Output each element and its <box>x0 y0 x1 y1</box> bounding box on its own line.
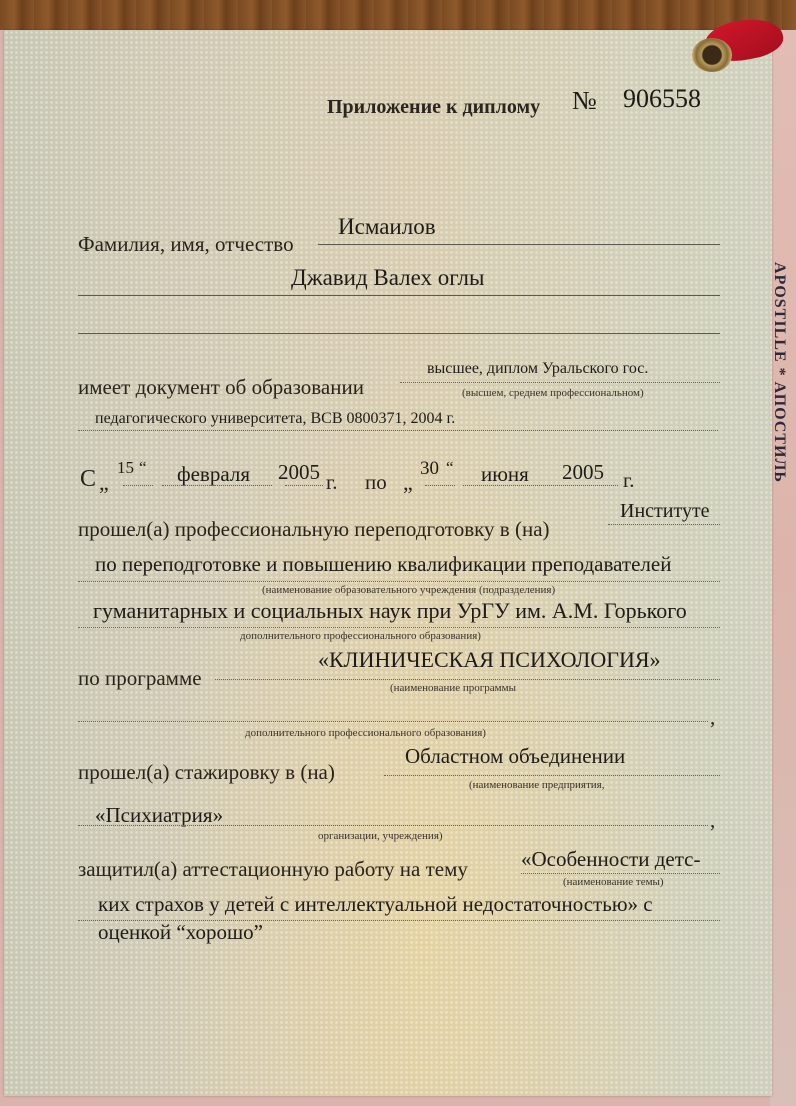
program-dots-2 <box>78 721 708 722</box>
program-hint: (наименование программы <box>390 682 516 694</box>
education-label: имеет документ об образовании <box>78 375 364 400</box>
retraining-line1: Институте <box>620 500 710 523</box>
diploma-number: 906558 <box>623 84 701 114</box>
from-day-dots <box>123 485 153 486</box>
program-hint-2: дополнительного профессионального образо… <box>245 727 486 739</box>
from-month-dots <box>162 485 272 486</box>
from-year-dots <box>285 485 323 486</box>
internship-dots-2 <box>78 825 708 826</box>
education-hint: (высшем, среднем профессиональном) <box>462 387 644 399</box>
education-dotted-line-2 <box>78 430 718 431</box>
to-open-quote: „ <box>403 470 413 496</box>
to-word: по <box>365 470 387 495</box>
retraining-line2: по переподготовке и повышению квалификац… <box>95 552 671 577</box>
grommet-eyelet <box>692 38 732 72</box>
internship-dots-1 <box>384 775 720 776</box>
program-line-comma: , <box>710 705 715 730</box>
from-year: 2005 <box>278 460 320 485</box>
thesis-line1: «Особенности детс- <box>521 847 700 872</box>
internship-line-comma: , <box>710 808 715 833</box>
to-day: 30 <box>420 458 439 480</box>
document-title: Приложение к диплому <box>327 96 540 119</box>
underlying-sheet <box>770 30 796 1106</box>
from-month: февраля <box>177 462 250 487</box>
thesis-line3: оценкой “хорошо” <box>98 920 263 945</box>
enterprise-hint: (наименование предприятия, <box>469 779 604 791</box>
program-value: «КЛИНИЧЕСКАЯ ПСИХОЛОГИЯ» <box>318 647 661 673</box>
number-sign: № <box>572 86 597 116</box>
to-year-suffix: г. <box>623 468 635 493</box>
thesis-line2: ких страхов у детей с интеллектуальной н… <box>98 892 653 917</box>
given-names-line <box>78 295 720 296</box>
given-names-value: Джавид Валех оглы <box>291 265 485 291</box>
blank-line <box>78 333 720 334</box>
education-value-line1: высшее, диплом Уральского гос. <box>427 360 648 378</box>
to-month-dots <box>463 485 618 486</box>
organization-hint: организации, учреждения) <box>318 830 443 842</box>
thesis-label: защитил(а) аттестационную работу на тему <box>78 857 468 882</box>
surname-value: Исмаилов <box>338 214 436 240</box>
program-label: по программе <box>78 666 202 691</box>
from-close-quote: “ <box>139 458 147 478</box>
to-month: июня <box>481 462 529 487</box>
name-label: Фамилия, имя, отчество <box>78 232 294 257</box>
from-day: 15 <box>117 458 134 478</box>
from-open-quote: „ <box>99 470 109 496</box>
education-dotted-line <box>400 382 720 383</box>
education-value-line2: педагогического университета, ВСВ 080037… <box>95 410 455 428</box>
surname-line <box>318 244 720 245</box>
retraining-label: прошел(а) профессиональную переподготовк… <box>78 517 550 542</box>
program-dots <box>215 679 720 680</box>
wooden-table-background <box>0 0 796 30</box>
to-day-dots <box>425 485 455 486</box>
thesis-hint: (наименование темы) <box>563 876 664 888</box>
to-close-quote: “ <box>446 458 454 478</box>
additional-education-hint: дополнительного профессионального образо… <box>240 630 481 642</box>
apostille-stamp-text: APOSTILLE * АПОСТИЛЬ <box>770 262 788 483</box>
retraining-line3: гуманитарных и социальных наук при УрГУ … <box>93 598 687 624</box>
internship-line1: Областном объединении <box>405 744 625 769</box>
from-year-suffix: г. <box>326 470 338 495</box>
retraining-dots-3 <box>78 627 720 628</box>
to-year: 2005 <box>562 460 604 485</box>
retraining-dots-1 <box>608 524 720 525</box>
institution-hint: (наименование образовательного учреждени… <box>262 584 555 596</box>
period-from-prefix: С <box>80 466 96 493</box>
retraining-dots-2 <box>78 581 720 582</box>
thesis-dots-1 <box>521 873 720 874</box>
internship-label: прошел(а) стажировку в (на) <box>78 760 335 785</box>
